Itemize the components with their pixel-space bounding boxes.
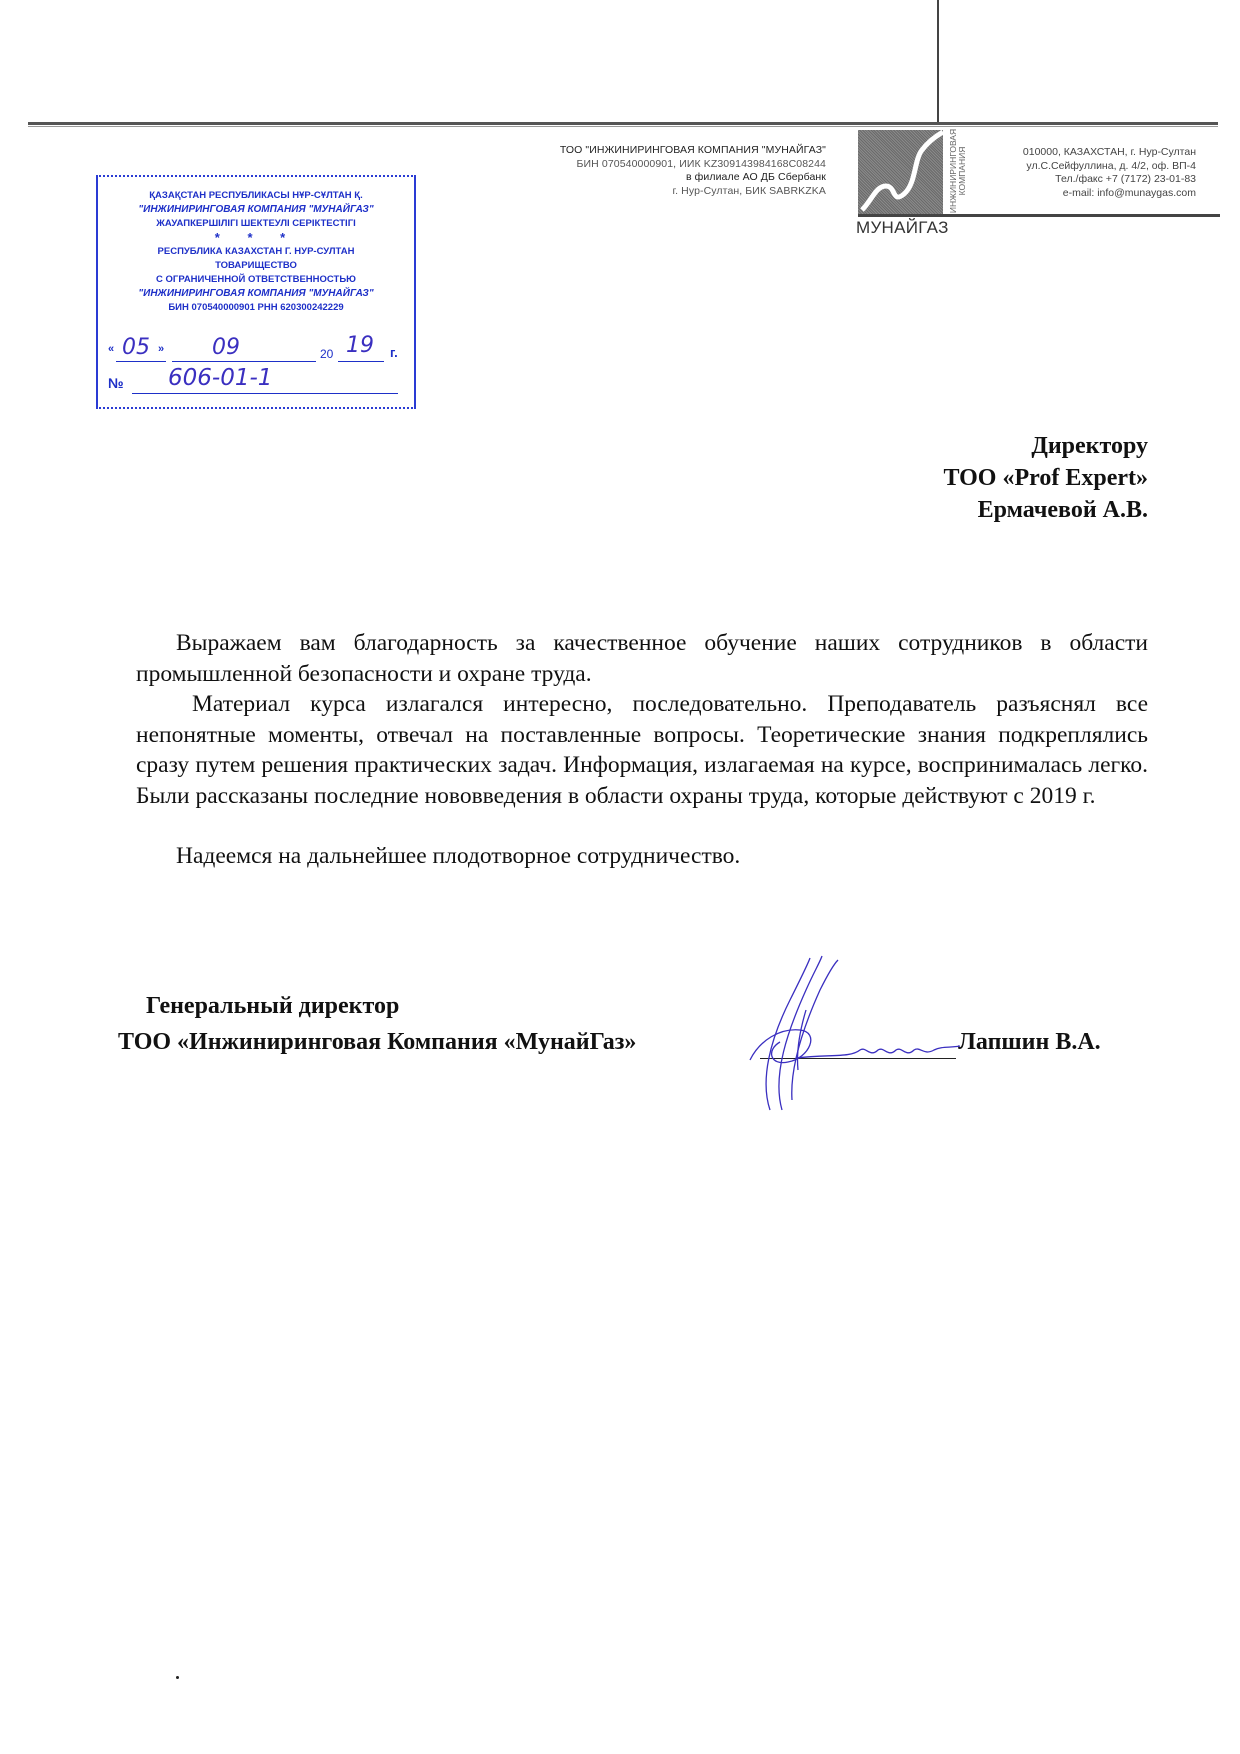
stamp-line: С ОГРАНИЧЕННОЙ ОТВЕТСТВЕННОСТЬЮ <box>98 273 414 287</box>
body-paragraph: Материал курса излагался интересно, посл… <box>136 689 1148 811</box>
signatory-title: Генеральный директор <box>146 993 399 1020</box>
stamp-year-suffix: 19 <box>346 333 374 358</box>
stamp-line: "ИНЖИНИРИНГОВАЯ КОМПАНИЯ "МУНАЙГАЗ" <box>98 203 414 217</box>
logo-vertical-text: ИНЖИНИРИНГОВАЯКОМПАНИЯ <box>945 128 967 214</box>
stamp-date-day: 05 <box>122 335 150 360</box>
underline <box>338 361 384 362</box>
company-logo-icon <box>858 130 943 214</box>
addressee-organization: ТОО «Prof Expert» <box>943 462 1148 494</box>
underline <box>132 393 398 394</box>
stamp-line: РЕСПУБЛИКА КАЗАХСТАН Г. НУР-СУЛТАН <box>98 245 414 259</box>
stamp-year-label: г. <box>390 345 398 360</box>
stamp-year-prefix: 20 <box>320 347 333 361</box>
stamp-line: "ИНЖИНИРИНГОВАЯ КОМПАНИЯ "МУНАЙГАЗ" <box>98 287 414 301</box>
addressee-block: Директору ТОО «Prof Expert» Ермачевой А.… <box>943 430 1148 526</box>
stamp-line: БИН 070540000901 РНН 620300242229 <box>98 301 414 315</box>
letterhead-rule-right <box>858 214 1220 217</box>
stamp-number-label: № <box>108 375 124 391</box>
requisite-line: ТОО "ИНЖИНИРИНГОВАЯ КОМПАНИЯ "МУНАЙГАЗ" <box>560 144 826 158</box>
requisite-line: БИН 070540000901, ИИК KZ309143984168C082… <box>560 158 826 172</box>
contact-phone: Тел./факс +7 (7172) 23-01-83 <box>1023 173 1196 187</box>
contact-address: 010000, КАЗАХСТАН, г. Нур-Султан <box>1023 146 1196 160</box>
logo-name: МУНАЙГАЗ <box>856 218 949 238</box>
addressee-position: Директору <box>943 430 1148 462</box>
contact-street: ул.С.Сейфуллина, д. 4/2, оф. ВП-4 <box>1023 160 1196 174</box>
stamp-number-row: № 606-01-1 <box>106 367 406 395</box>
signatory-name: Лапшин В.А. <box>958 1029 1101 1056</box>
letterhead-vertical-line <box>937 0 939 125</box>
requisite-line: г. Нур-Султан, БИК SABRKZKA <box>560 185 826 199</box>
letterhead-rule <box>28 122 1218 125</box>
logo-vertical-line: КОМПАНИЯ <box>958 128 967 214</box>
addressee-name: Ермачевой А.В. <box>943 494 1148 526</box>
stamp-date-row: « 05 » 09 20 19 г. <box>106 337 406 363</box>
stamp-line: ҚАЗАҚСТАН РЕСПУБЛИКАСЫ НҰР-СҰЛТАН Қ. <box>98 189 414 203</box>
company-contacts: 010000, КАЗАХСТАН, г. Нур-Султан ул.С.Се… <box>1023 146 1196 200</box>
contact-email: e-mail: info@munaygas.com <box>1023 187 1196 201</box>
registration-stamp: ҚАЗАҚСТАН РЕСПУБЛИКАСЫ НҰР-СҰЛТАН Қ. "ИН… <box>96 175 416 409</box>
stamp-date-month: 09 <box>212 335 240 360</box>
company-requisites: ТОО "ИНЖИНИРИНГОВАЯ КОМПАНИЯ "МУНАЙГАЗ" … <box>560 144 826 198</box>
handwritten-signature-icon <box>710 950 970 1120</box>
body-paragraph: Надеемся на дальнейшее плодотворное сотр… <box>136 841 1148 872</box>
underline <box>172 361 316 362</box>
requisite-line: в филиале АО ДБ Сбербанк <box>560 171 826 185</box>
underline <box>116 361 166 362</box>
scan-speck <box>176 1676 179 1679</box>
body-paragraph: Выражаем вам благодарность за качественн… <box>136 628 1148 689</box>
stamp-line: ЖАУАПКЕРШІЛІГІ ШЕКТЕУЛІ СЕРІКТЕСТІГІ <box>98 217 414 231</box>
stamp-number-value: 606-01-1 <box>168 365 272 391</box>
signatory-organization: ТОО «Инжиниринговая Компания «МунайГаз» <box>118 1029 636 1056</box>
stamp-line: ТОВАРИЩЕСТВО <box>98 259 414 273</box>
letterhead-rule-thin <box>28 126 1218 127</box>
letter-body: Выражаем вам благодарность за качественн… <box>136 628 1148 872</box>
stamp-stars: * * * <box>98 231 414 245</box>
